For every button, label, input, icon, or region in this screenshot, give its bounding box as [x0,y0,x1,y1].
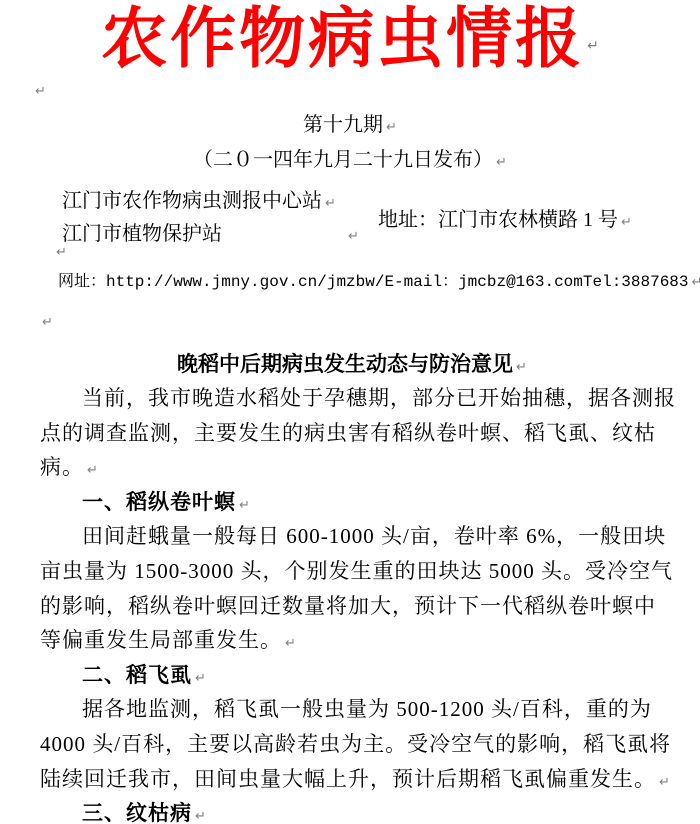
body-line: 的影响，稻纵卷叶螟回迁数量将加大，预计下一代稻纵卷叶螟中 [40,589,664,624]
article-body: 晚稻中后期病虫发生动态与防治意见↵ 当前，我市晚造水稻处于孕穗期，部分已开始抽穗… [40,348,664,824]
section-heading-3: 三、纹枯病↵ [40,796,664,824]
body-text: 亩虫量为 1500-3000 头，个别发生重的田块达 5000 头。受冷空气 [40,559,673,583]
body-line: 等偏重发生局部重发生。↵ [40,623,664,658]
body-line: 陆续回迁我市，田间虫量大幅上升，预计后期稻飞虱偏重发生。↵ [40,762,664,797]
paragraph-mark-icon: ↵ [195,671,207,686]
paragraph-mark-icon: ↵ [325,196,336,211]
body-line: 田间赶蛾量一般每日 600-1000 头/亩，卷叶率 6%，一般田块 [40,519,664,554]
paragraph-mark-icon: ↵ [621,215,632,230]
document-page: 农作物病虫情报↵ ↵ 第十九期↵ （二０一四年九月二十九日发布）↵ 江门市农作物… [0,0,700,824]
body-line: 据各地监测，稻飞虱一般虫量为 500-1200 头/百科，重的为 [40,692,664,727]
body-line: 病。↵ [40,450,664,485]
org-name-2: 江门市植物保护站 [62,222,222,246]
website-url: 网址：http://www.jmny.gov.cn/jmzbw/ [58,271,384,293]
paragraph-mark-icon: ↵ [496,155,507,170]
body-line: 亩虫量为 1500-3000 头，个别发生重的田块达 5000 头。受冷空气 [40,554,664,589]
article-title: 晚稻中后期病虫发生动态与防治意见↵ [40,348,664,381]
publish-date: （二０一四年九月二十九日发布） [193,149,493,171]
body-text: 据各地监测，稻飞虱一般虫量为 500-1200 头/百科，重的为 [82,697,652,721]
email-address: E-mail：jmcbz@163.com [384,271,582,293]
issue-number-line: 第十九期↵ [0,112,700,141]
org-name-1-text: 江门市农作物病虫测报中心站 [62,190,322,212]
paragraph-mark-icon: ↵ [42,315,53,330]
contact-row: 网址：http://www.jmny.gov.cn/jmzbw/ E-mail：… [58,271,694,294]
section-heading-1: 一、稻纵卷叶螟↵ [40,485,664,520]
article-title-text: 晚稻中后期病虫发生动态与防治意见 [177,352,513,376]
body-line: 4000 头/百科，主要以高龄若虫为主。受冷空气的影响，稻飞虱将 [40,727,664,762]
paragraph-mark-icon: ↵ [348,229,359,244]
paragraph-mark-icon: ↵ [659,775,671,790]
body-text: 病。 [40,455,84,479]
publish-date-line: （二０一四年九月二十九日发布）↵ [0,147,700,176]
org-name-2-text: 江门市植物保护站 [62,223,222,245]
paragraph-mark-icon: ↵ [239,498,251,513]
section-heading-text: 三、纹枯病 [82,801,192,824]
section-heading-2: 二、稻飞虱↵ [40,658,664,693]
paragraph-mark-icon: ↵ [285,636,297,651]
paragraph-mark-icon: ↵ [516,360,527,375]
doc-title-text: 农作物病虫情报 [101,3,584,76]
paragraph-mark-icon: ↵ [56,245,67,260]
telephone: Tel:3887683 [583,273,689,291]
doc-title: 农作物病虫情报↵ [0,0,700,86]
paragraph-mark-icon: ↵ [692,275,700,290]
body-text: 等偏重发生局部重发生。 [40,628,282,652]
org-name-1: 江门市农作物病虫测报中心站↵ [62,189,336,216]
paragraph-mark-icon: ↵ [195,809,207,824]
body-text: 4000 头/百科，主要以高龄若虫为主。受冷空气的影响，稻飞虱将 [40,732,671,756]
body-line: 点的调查监测，主要发生的病虫害有稻纵卷叶螟、稻飞虱、纹枯 [40,416,664,451]
body-line: 当前，我市晚造水稻处于孕穗期，部分已开始抽穗，据各测报 [40,381,664,416]
body-text: 当前，我市晚造水稻处于孕穗期，部分已开始抽穗，据各测报 [82,386,676,410]
telephone-wrap: Tel:3887683↵ [583,271,700,294]
body-text: 的影响，稻纵卷叶螟回迁数量将加大，预计下一代稻纵卷叶螟中 [40,594,656,618]
issue-number: 第十九期 [303,114,383,136]
body-text: 点的调查监测，主要发生的病虫害有稻纵卷叶螟、稻飞虱、纹枯 [40,421,656,445]
section-heading-text: 一、稻纵卷叶螟 [82,490,236,514]
body-text: 陆续回迁我市，田间虫量大幅上升，预计后期稻飞虱偏重发生。 [40,767,656,791]
paragraph-mark-icon: ↵ [35,84,46,99]
paragraph-mark-icon: ↵ [587,38,599,54]
paragraph-mark-icon: ↵ [386,120,397,135]
section-heading-text: 二、稻飞虱 [82,663,192,687]
address-line: 地址：江门市农林横路 1 号↵ [378,208,632,235]
paragraph-mark-icon: ↵ [87,463,99,478]
address-text: 地址：江门市农林横路 1 号 [378,209,618,231]
body-text: 田间赶蛾量一般每日 600-1000 头/亩，卷叶率 6%，一般田块 [82,524,666,548]
